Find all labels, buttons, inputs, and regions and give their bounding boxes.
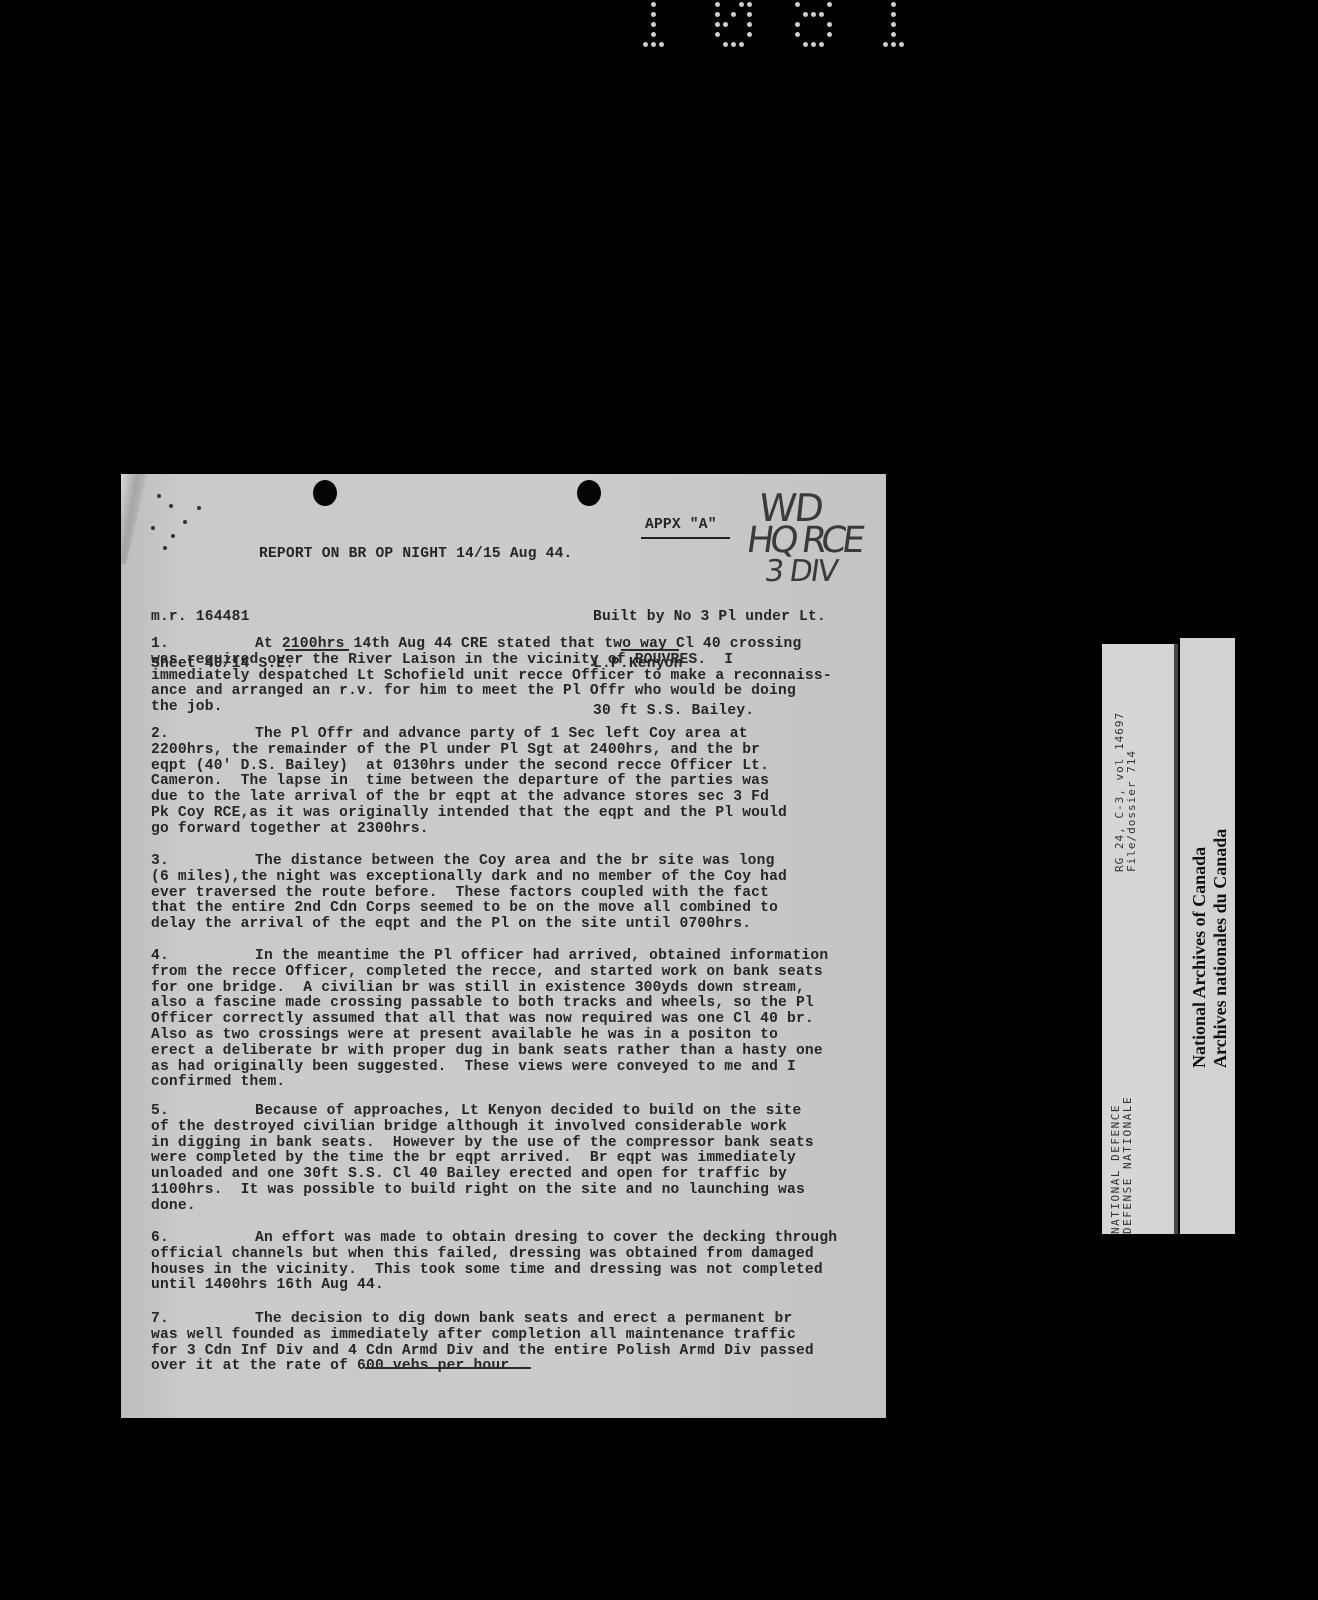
paragraph-text: The decision to dig down bank seats and … (255, 1311, 792, 1327)
frame-digit-1b (875, 2, 931, 50)
paragraph-line: as had originally been suggested. These … (151, 1060, 828, 1076)
paragraph-line: were completed by the time the br eqpt a… (151, 1151, 814, 1167)
punch-hole-right (577, 480, 601, 506)
paragraph-line: done. (151, 1199, 814, 1215)
paragraph-line: houses in the vicinity. This took some t… (151, 1263, 837, 1279)
paragraph-line: unloaded and one 30ft S.S. Cl 40 Bailey … (151, 1167, 814, 1183)
file-reference-line: File/dossier 714 (1126, 712, 1138, 872)
paragraph-number: 4. (151, 949, 255, 965)
paragraph-text: The Pl Offr and advance party of 1 Sec l… (255, 726, 748, 742)
paragraph-line: immediately despatched Lt Schofield unit… (151, 669, 832, 685)
paragraph-line: due to the late arrival of the br eqpt a… (151, 790, 787, 806)
paragraph-text: In the meantime the Pl officer had arriv… (255, 948, 828, 964)
frame-digit-8 (795, 2, 851, 50)
frame-number (635, 2, 955, 50)
paragraph-line: was required over the River Laison in th… (151, 653, 832, 669)
paragraph-line: Cameron. The lapse in time between the d… (151, 774, 787, 790)
paragraph-line: Pk Coy RCE,as it was originally intended… (151, 806, 787, 822)
paragraph-number: 2. (151, 727, 255, 743)
frame-digit-1 (635, 2, 691, 50)
map-reference-line: m.r. 164481 (151, 610, 294, 626)
paragraph-text: An effort was made to obtain dresing to … (255, 1230, 837, 1246)
paragraph-line: Also as two crossings were at present av… (151, 1028, 828, 1044)
paragraph-6: 6.An effort was made to obtain dresing t… (151, 1231, 837, 1294)
built-by-line: Built by No 3 Pl under Lt. (593, 610, 826, 626)
punch-hole-left (313, 480, 337, 506)
speck (169, 504, 173, 508)
speck (151, 526, 155, 530)
paragraph-line: from the recce Officer, completed the re… (151, 965, 828, 981)
archives-name-en: National Archives of Canada (1189, 829, 1210, 1068)
paragraph-line: also a fascine made crossing passable to… (151, 996, 828, 1012)
appendix-label: APPX "A" (645, 518, 717, 534)
paragraph-line: (6 miles),the night was exceptionally da… (151, 870, 787, 886)
paragraph-line: of the destroyed civilian bridge althoug… (151, 1120, 814, 1136)
frame-digit-0 (715, 2, 771, 50)
speck (157, 494, 161, 498)
paragraph-line: go forward together at 2300hrs. (151, 822, 787, 838)
paragraph-first-line: 1.At 2100hrs 14th Aug 44 CRE stated that… (151, 637, 832, 653)
paragraph-number: 5. (151, 1104, 255, 1120)
paragraph-text: Because of approaches, Lt Kenyon decided… (255, 1103, 801, 1119)
paragraph-line: ance and arranged an r.v. for him to mee… (151, 684, 832, 700)
folded-corner (121, 474, 147, 564)
paragraph-7: 7.The decision to dig down bank seats an… (151, 1312, 814, 1375)
paragraph-text: The distance between the Coy area and th… (255, 853, 775, 869)
paragraph-line: in digging in bank seats. However by the… (151, 1136, 814, 1152)
archives-name-fr: Archives nationales du Canada (1210, 829, 1231, 1068)
file-reference: RG 24, C-3, vol 14697 File/dossier 714 (1114, 712, 1138, 872)
national-defence-label: RG 24, C-3, vol 14697 File/dossier 714 N… (1102, 644, 1178, 1234)
underline-600-vehs (365, 1367, 531, 1369)
paragraph-number: 7. (151, 1312, 255, 1328)
national-archives-label: National Archives of Canada Archives nat… (1180, 638, 1235, 1234)
speck (163, 546, 167, 550)
paragraph-first-line: 2.The Pl Offr and advance party of 1 Sec… (151, 727, 787, 743)
report-title: REPORT ON BR OP NIGHT 14/15 Aug 44. (259, 547, 573, 563)
paragraph-4: 4.In the meantime the Pl officer had arr… (151, 949, 828, 1091)
paragraph-number: 3. (151, 854, 255, 870)
paragraph-line: erect a deliberate br with proper dug in… (151, 1044, 828, 1060)
paragraph-1: 1.At 2100hrs 14th Aug 44 CRE stated that… (151, 637, 832, 716)
paragraph-line: until 1400hrs 16th Aug 44. (151, 1278, 837, 1294)
paragraph-line: eqpt (40' D.S. Bailey) at 0130hrs under … (151, 759, 787, 775)
appendix-underline (641, 537, 730, 539)
paragraph-first-line: 6.An effort was made to obtain dresing t… (151, 1231, 837, 1247)
paragraph-line: delay the arrival of the eqpt and the Pl… (151, 917, 787, 933)
paragraph-line: confirmed them. (151, 1075, 828, 1091)
paragraph-line: 2200hrs, the remainder of the Pl under P… (151, 743, 787, 759)
paragraph-line: ever traversed the route before. These f… (151, 886, 787, 902)
department-name: NATIONAL DEFENCE DEFENSE NATIONALE (1110, 1096, 1134, 1234)
paragraph-line: 1100hrs. It was possible to build right … (151, 1183, 814, 1199)
paragraph-first-line: 5.Because of approaches, Lt Kenyon decid… (151, 1104, 814, 1120)
paragraph-5: 5.Because of approaches, Lt Kenyon decid… (151, 1104, 814, 1215)
paragraph-number: 1. (151, 637, 255, 653)
archives-name: National Archives of Canada Archives nat… (1189, 829, 1231, 1068)
paragraph-line: Officer correctly assumed that all that … (151, 1012, 828, 1028)
paragraph-first-line: 7.The decision to dig down bank seats an… (151, 1312, 814, 1328)
speck (171, 534, 175, 538)
paragraph-3: 3.The distance between the Coy area and … (151, 854, 787, 933)
underline-2100hrs (285, 649, 349, 651)
paragraph-first-line: 4.In the meantime the Pl officer had arr… (151, 949, 828, 965)
paragraph-line: for 3 Cdn Inf Div and 4 Cdn Armd Div and… (151, 1344, 814, 1360)
paragraph-2: 2.The Pl Offr and advance party of 1 Sec… (151, 727, 787, 838)
paragraph-line: for one bridge. A civilian br was still … (151, 981, 828, 997)
underline-two-way (621, 649, 679, 651)
paragraph-line: the job. (151, 700, 832, 716)
paragraph-line: that the entire 2nd Cdn Corps seemed to … (151, 901, 787, 917)
paragraph-number: 6. (151, 1231, 255, 1247)
paragraph-first-line: 3.The distance between the Coy area and … (151, 854, 787, 870)
department-line: DEFENSE NATIONALE (1122, 1096, 1134, 1234)
speck (183, 520, 187, 524)
speck (197, 506, 201, 510)
paragraph-line: official channels but when this failed, … (151, 1247, 837, 1263)
document-page: APPX "A" WD HQ RCE 3 DIV REPORT ON BR OP… (121, 474, 886, 1418)
paragraph-line: was well founded as immediately after co… (151, 1328, 814, 1344)
